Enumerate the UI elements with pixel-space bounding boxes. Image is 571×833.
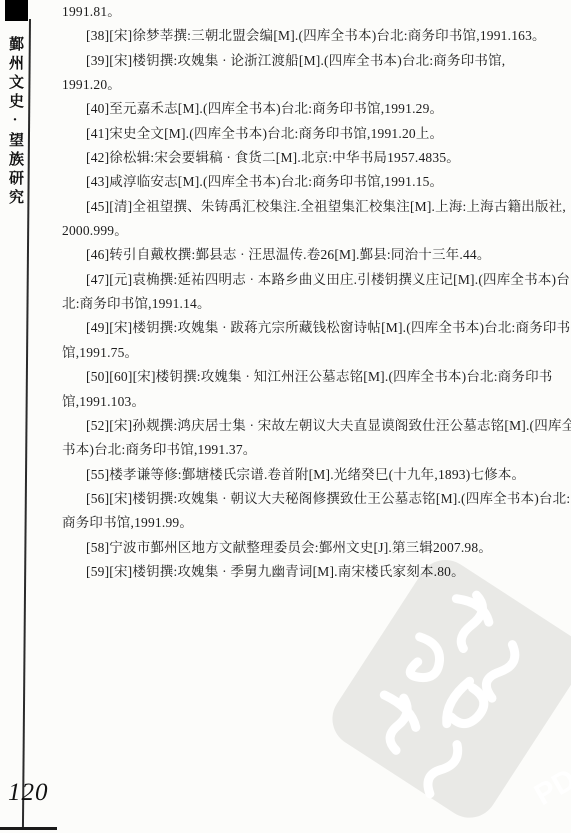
reference-line: [55]楼孝谦等修:鄞塘楼氏宗谱.卷首附[M].光绪癸巳(十九年,1893)七修… bbox=[62, 463, 571, 487]
sidebar-title: 鄞州文史·望族研究 bbox=[5, 36, 26, 208]
reference-line: [42]徐松辑:宋会要辑稿 · 食货二[M].北京:中华书局1957.4835。 bbox=[62, 146, 571, 170]
reference-line: [59][宋]楼钥撰:攻媿集 · 季舅九幽青词[M].南宋楼氏家刻本.80。 bbox=[62, 560, 571, 584]
reference-line: [58]宁波市鄞州区地方文献整理委员会:鄞州文史[J].第三辑2007.98。 bbox=[62, 536, 571, 560]
reference-line: 馆,1991.103。 bbox=[62, 390, 571, 414]
reference-line: [39][宋]楼钥撰:攻媿集 · 论浙江渡船[M].(四库全书本)台北:商务印书… bbox=[62, 49, 571, 73]
page-number: 120 bbox=[8, 779, 49, 807]
reference-line: 1991.81。 bbox=[62, 0, 571, 24]
reference-line: 书本)台北:商务印书馆,1991.37。 bbox=[62, 438, 571, 462]
reference-line: [56][宋]楼钥撰:攻媿集 · 朝议大夫秘阁修撰致仕王公墓志铭[M].(四库全… bbox=[62, 487, 571, 511]
reference-line: 北:商务印书馆,1991.14。 bbox=[62, 292, 571, 316]
reference-line: 2000.999。 bbox=[62, 219, 571, 243]
footer-rule bbox=[0, 827, 57, 830]
reference-line: [43]咸淳临安志[M].(四库全书本)台北:商务印书馆,1991.15。 bbox=[62, 170, 571, 194]
reference-line: 商务印书馆,1991.99。 bbox=[62, 511, 571, 535]
reference-line: [52][宋]孙觌撰:鸿庆居士集 · 宋故左朝议大夫直显谟阁致仕汪公墓志铭[M]… bbox=[62, 414, 571, 438]
watermark-partial-letters: PD bbox=[529, 763, 571, 812]
reference-line: [38][宋]徐梦莘撰:三朝北盟会编[M].(四库全书本)台北:商务印书馆,19… bbox=[62, 24, 571, 48]
reference-lines: 1991.81。[38][宋]徐梦莘撰:三朝北盟会编[M].(四库全书本)台北:… bbox=[62, 0, 571, 584]
reference-line: [40]至元嘉禾志[M].(四库全书本)台北:商务印书馆,1991.29。 bbox=[62, 97, 571, 121]
corner-mark bbox=[5, 0, 28, 21]
reference-line: [49][宋]楼钥撰:攻媿集 · 跋蒋亢宗所藏钱松窗诗帖[M].(四库全书本)台… bbox=[62, 316, 571, 340]
scanned-book-page: PD 鄞州文史·望族研究 1991.81。[38][宋]徐梦莘撰:三朝北盟会编[… bbox=[0, 0, 571, 833]
reference-line: 1991.20。 bbox=[62, 73, 571, 97]
reference-line: [46]转引自戴枚撰:鄞县志 · 汪思温传.卷26[M].鄞县:同治十三年.44… bbox=[62, 243, 571, 267]
reference-line: [45][清]全祖望撰、朱铸禹汇校集注.全祖望集汇校集注[M].上海:上海古籍出… bbox=[62, 195, 571, 219]
reference-line: 馆,1991.75。 bbox=[62, 341, 571, 365]
reference-line: [41]宋史全文[M].(四库全书本)台北:商务印书馆,1991.20上。 bbox=[62, 122, 571, 146]
reference-line: [50][60][宋]楼钥撰:攻媿集 · 知江州汪公墓志铭[M].(四库全书本)… bbox=[62, 365, 571, 389]
reference-line: [47][元]袁桷撰:延祐四明志 · 本路乡曲义田庄.引楼钥撰义庄记[M].(四… bbox=[62, 268, 571, 292]
